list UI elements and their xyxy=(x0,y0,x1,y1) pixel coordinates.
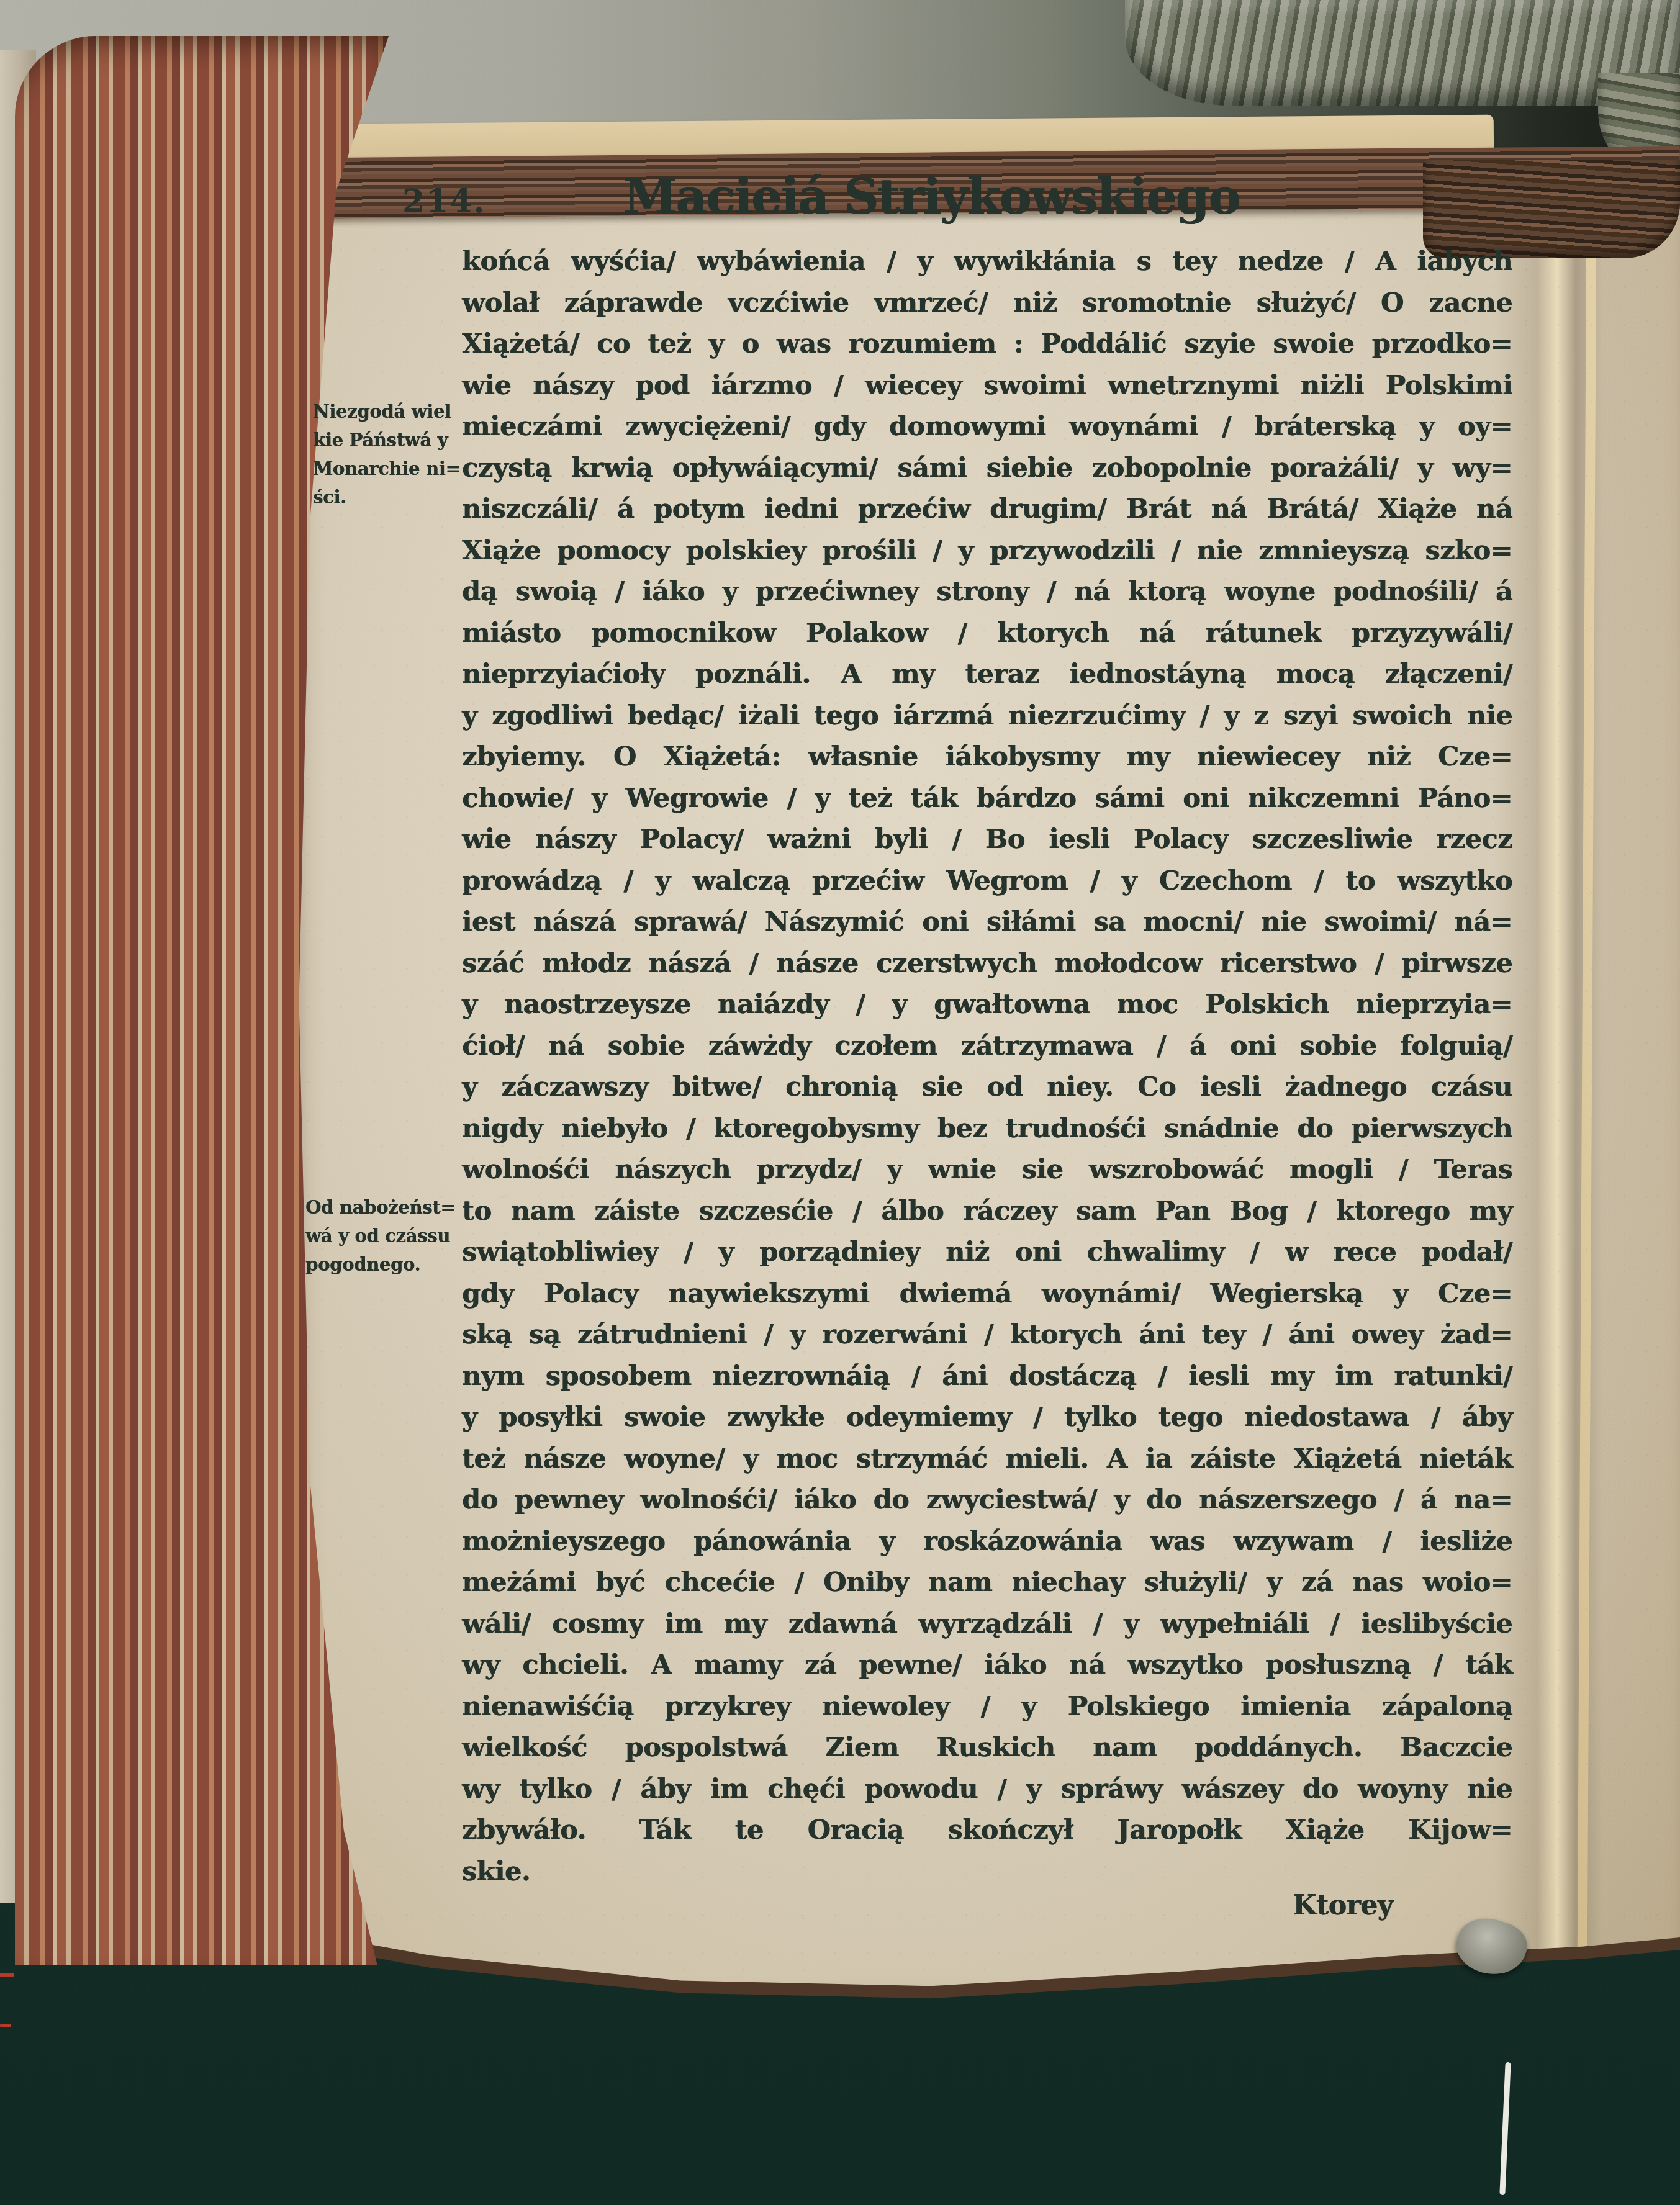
old-book-scan: 214. Macieiá Striykowskiego Niezgodá wie… xyxy=(0,0,1680,2205)
text-line: dą swoią / iáko y przećiwney strony / ná… xyxy=(462,571,1512,613)
text-line: to nam záiste szczesćie / álbo ráczey sa… xyxy=(462,1191,1512,1232)
text-line: zbyiemy. O Xiążetá: własnie iákobysmy my… xyxy=(462,736,1512,778)
text-line: nigdy niebyło / ktoregobysmy bez trudnoś… xyxy=(462,1108,1512,1150)
text-line: wielkość pospolstwá Ziem Ruskich nam pod… xyxy=(462,1727,1512,1769)
text-line: czystą krwią opływáiącymi/ sámi siebie z… xyxy=(462,448,1512,489)
text-line: miásto pomocnikow Polakow / ktorych ná r… xyxy=(462,613,1512,654)
red-edge-mark xyxy=(0,2024,11,2027)
text-line: wy chcieli. A mamy zá pewne/ iáko ná wsz… xyxy=(462,1644,1512,1686)
text-line: mieczámi zwyciężeni/ gdy domowymi woynám… xyxy=(462,406,1512,448)
text-line: wolał záprawde vczćiwie vmrzeć/ niż srom… xyxy=(462,282,1512,324)
text-line: nienawiśćią przykrey niewoley / y Polski… xyxy=(462,1686,1512,1728)
text-line: chowie/ y Wegrowie / y też ták bárdzo sá… xyxy=(462,778,1512,819)
text-line: swiątobliwiey / y porządniey niż oni chw… xyxy=(462,1232,1512,1273)
text-line: wáli/ cosmy im my zdawná wyrządzáli / y … xyxy=(462,1603,1512,1645)
text-line: száć młodz nászá / násze czerstwych moło… xyxy=(462,943,1512,985)
text-line: gdy Polacy naywiekszymi dwiemá woynámi/ … xyxy=(462,1273,1512,1315)
text-line: końcá wyśćia/ wybáwienia / y wywikłánia … xyxy=(462,241,1512,282)
text-line: nieprzyiaćioły poználi. A my teraz iedno… xyxy=(462,654,1512,695)
text-line: y posyłki swoie zwykłe odeymiemy / tylko… xyxy=(462,1397,1512,1438)
text-line: y zgodliwi bedąc/ iżali tego iárzmá niez… xyxy=(462,695,1512,737)
white-thread-icon xyxy=(1499,2062,1511,2195)
text-line: y záczawszy bitwe/ chronią sie od niey. … xyxy=(462,1066,1512,1108)
body-text: końcá wyśćia/ wybáwienia / y wywikłánia … xyxy=(462,241,1512,1892)
text-line: wy tylko / áby im chęći powodu / y spráw… xyxy=(462,1769,1512,1810)
text-line: y naostrzeysze naiázdy / y gwałtowna moc… xyxy=(462,984,1512,1026)
catchword: Ktorey xyxy=(1293,1890,1393,1921)
text-line: meżámi być chcećie / Oniby nam niechay s… xyxy=(462,1562,1512,1603)
text-line: niszczáli/ á potym iedni przećiw drugim/… xyxy=(462,489,1512,530)
text-line: ćioł/ ná sobie záwżdy czołem zátrzymawa … xyxy=(462,1026,1512,1067)
text-line: też násze woyne/ y moc strzymáć mieli. A… xyxy=(462,1438,1512,1480)
text-line: wie nászy Polacy/ ważni byli / Bo iesli … xyxy=(462,819,1512,860)
text-line: nym sposobem niezrownáią / áni dostáczą … xyxy=(462,1356,1512,1397)
text-line: ską są zátrudnieni / y rozerwáni / ktory… xyxy=(462,1314,1512,1356)
text-line: Xiąże pomocy polskiey prośili / y przywo… xyxy=(462,530,1512,572)
text-line: prowádzą / y walczą przećiw Wegrom / y C… xyxy=(462,860,1512,902)
page-number: 214. xyxy=(402,183,486,220)
text-line: możnieyszego pánowánia y roskázowánia wa… xyxy=(462,1521,1512,1562)
headband-rope-icon xyxy=(1125,0,1680,106)
running-title: Macieiá Striykowskiego xyxy=(581,169,1281,225)
text-line: Xiążetá/ co też y o was rozumiem : Poddá… xyxy=(462,323,1512,365)
text-line: zbywáło. Ták te Oracią skończył Jaropołk… xyxy=(462,1810,1512,1851)
text-line: skie. xyxy=(462,1851,1512,1893)
red-edge-mark xyxy=(0,1973,14,1977)
text-line: wolnośći nászych przydz/ y wnie sie wszr… xyxy=(462,1149,1512,1191)
text-line: wie nászy pod iárzmo / wiecey swoimi wne… xyxy=(462,365,1512,407)
text-line: do pewney wolnośći/ iáko do zwyciestwá/ … xyxy=(462,1479,1512,1521)
text-line: iest nászá sprawá/ Nászymić oni siłámi s… xyxy=(462,901,1512,943)
